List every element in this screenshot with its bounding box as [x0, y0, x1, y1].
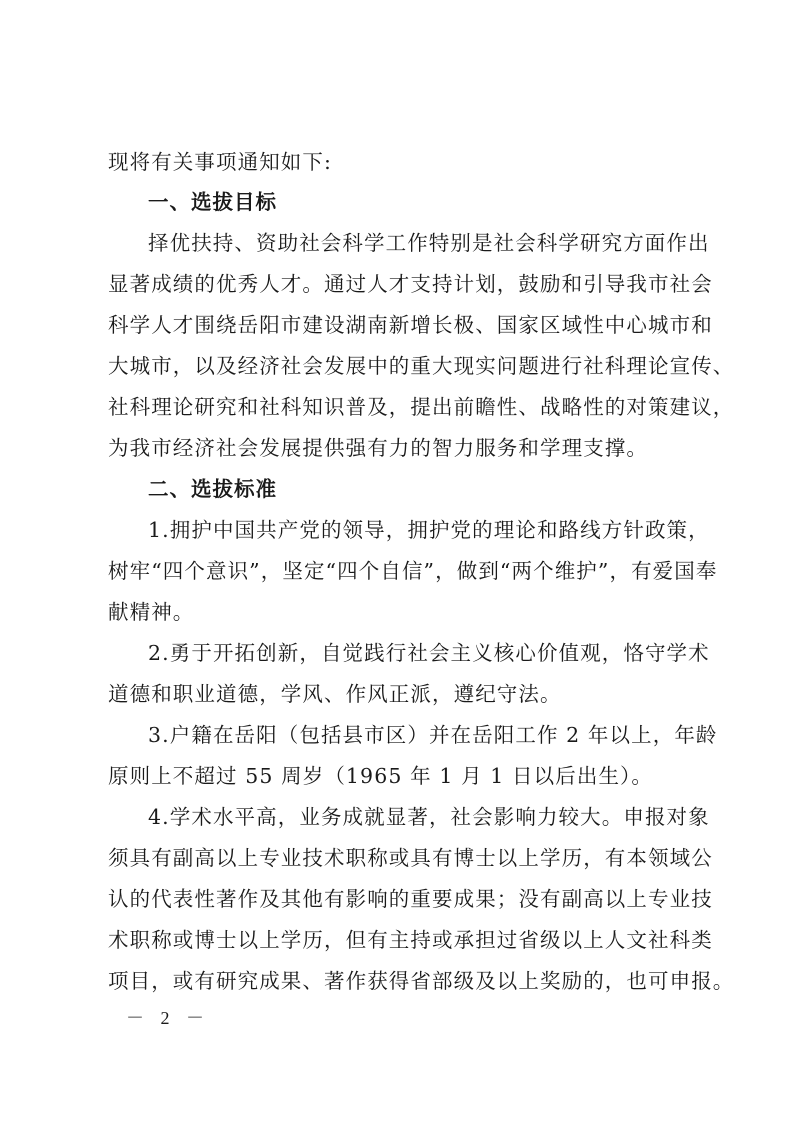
document-page: 现将有关事项通知如下: 一、选拔目标 择优扶持、资助社会科学工作特别是社会科学研… [0, 0, 793, 1122]
criteria-item-4-line: 认的代表性著作及其他有影响的重要成果；没有副高以上专业技 [108, 884, 686, 914]
paragraph-line: 科学人才围绕岳阳市建设湖南新增长极、国家区域性中心城市和 [108, 310, 686, 340]
criteria-item-1-line: 树牢“四个意识”，坚定“四个自信”，做到“两个维护”，有爱国奉 [108, 556, 686, 586]
intro-line: 现将有关事项通知如下: [108, 147, 686, 177]
criteria-item-4-line: 4.学术水平高，业务成就显著，社会影响力较大。申报对象 [148, 802, 686, 832]
criteria-item-1-line: 献精神。 [108, 597, 686, 627]
paragraph-line: 社科理论研究和社科知识普及，提出前瞻性、战略性的对策建议， [108, 392, 686, 422]
criteria-item-2-line: 2.勇于开拓创新，自觉践行社会主义核心价值观，恪守学术 [148, 638, 686, 668]
criteria-item-4-line: 术职称或博士以上学历，但有主持或承担过省级以上人文社科类 [108, 925, 686, 955]
criteria-item-2-line: 道德和职业道德，学风、作风正派，遵纪守法。 [108, 679, 686, 709]
criteria-item-4-line: 须具有副高以上专业技术职称或具有博士以上学历，有本领域公 [108, 843, 686, 873]
paragraph-line: 为我市经济社会发展提供强有力的智力服务和学理支撑。 [108, 433, 686, 463]
criteria-item-3-line: 3.户籍在岳阳（包括县市区）并在岳阳工作 2 年以上，年龄 [148, 720, 686, 750]
criteria-item-3-line: 原则上不超过 55 周岁（1965 年 1 月 1 日以后出生）。 [108, 761, 686, 791]
section-heading-criteria: 二、选拔标准 [148, 474, 686, 504]
criteria-item-4-line: 项目，或有研究成果、著作获得省部级及以上奖励的，也可申报。 [108, 966, 686, 996]
paragraph-line: 大城市，以及经济社会发展中的重大现实问题进行社科理论宣传、 [108, 351, 686, 381]
paragraph-line: 择优扶持、资助社会科学工作特别是社会科学研究方面作出 [148, 228, 686, 258]
page-number: － 2 － [126, 1004, 210, 1030]
criteria-item-1-line: 1.拥护中国共产党的领导，拥护党的理论和路线方针政策， [148, 515, 686, 545]
paragraph-line: 显著成绩的优秀人才。通过人才支持计划，鼓励和引导我市社会 [108, 269, 686, 299]
section-heading-goal: 一、选拔目标 [148, 187, 686, 217]
